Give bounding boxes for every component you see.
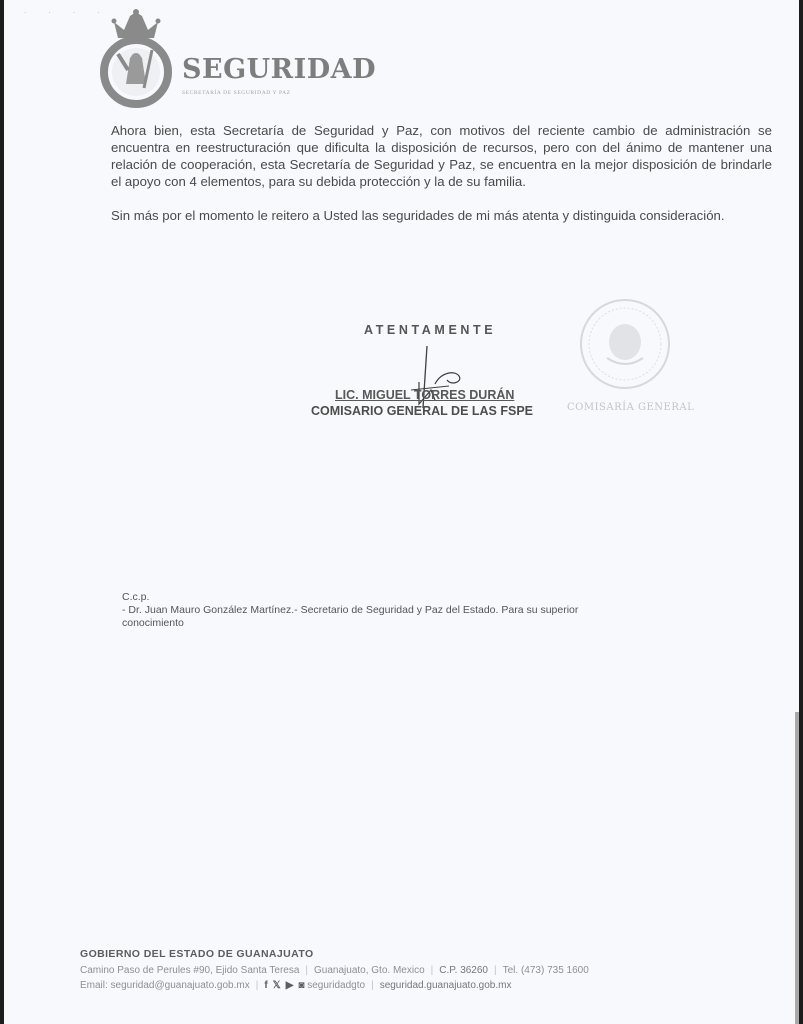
footer-postal-code: C.P. 36260: [439, 965, 488, 976]
letterhead: SEGURIDAD SECRETARÍA DE SEGURIDAD Y PAZ: [90, 8, 410, 108]
footer-address-line: Camino Paso de Perules #90, Ejido Santa …: [80, 963, 720, 978]
body-paragraph: Sin más por el momento le reitero a Uste…: [111, 207, 772, 224]
cc-recipient: - Dr. Juan Mauro González Martínez.- Sec…: [122, 604, 642, 630]
footer: GOBIERNO DEL ESTADO DE GUANAJUATO Camino…: [80, 948, 720, 993]
instagram-icon: ◙: [298, 978, 304, 993]
footer-social-handle: seguridadgto: [307, 980, 365, 991]
logo-subtitle: SECRETARÍA DE SEGURIDAD Y PAZ: [182, 90, 291, 96]
seal-caption: COMISARÍA GENERAL: [567, 402, 694, 413]
footer-address: Camino Paso de Perules #90, Ejido Santa …: [80, 965, 299, 976]
signer-name: LIC. MIGUEL TORRES DURÁN: [335, 388, 514, 402]
footer-phone: Tel. (473) 735 1600: [503, 965, 589, 976]
page-edge-shadow: [795, 712, 799, 1024]
footer-website: seguridad.guanajuato.gob.mx: [380, 980, 512, 991]
social-icons: f𝕏▶◙: [264, 978, 304, 993]
closing-salutation: ATENTAMENTE: [364, 323, 496, 337]
footer-city: Guanajuato, Gto. Mexico: [314, 965, 425, 976]
logo-wordmark: SEGURIDAD: [182, 54, 376, 85]
youtube-icon: ▶: [286, 978, 294, 993]
footer-email: Email: seguridad@guanajuato.gob.mx: [80, 980, 250, 991]
carbon-copy: C.c.p. - Dr. Juan Mauro González Martíne…: [122, 591, 642, 630]
signer-title: COMISARIO GENERAL DE LAS FSPE: [311, 404, 533, 418]
footer-organization: GOBIERNO DEL ESTADO DE GUANAJUATO: [80, 948, 720, 960]
document-page: . . . . SEGURIDAD SECRETARÍA DE SEGURIDA…: [4, 0, 799, 1024]
body-paragraph: Ahora bien, esta Secretaría de Seguridad…: [111, 122, 772, 190]
x-icon: 𝕏: [273, 978, 281, 993]
crowned-emblem-icon: [90, 8, 182, 108]
facebook-icon: f: [264, 978, 267, 993]
national-seal-icon: [577, 296, 673, 392]
footer-contact-line: Email: seguridad@guanajuato.gob.mx|f𝕏▶◙ …: [80, 978, 720, 993]
letter-body: Ahora bien, esta Secretaría de Seguridad…: [111, 122, 772, 241]
cc-label: C.c.p.: [122, 591, 642, 604]
